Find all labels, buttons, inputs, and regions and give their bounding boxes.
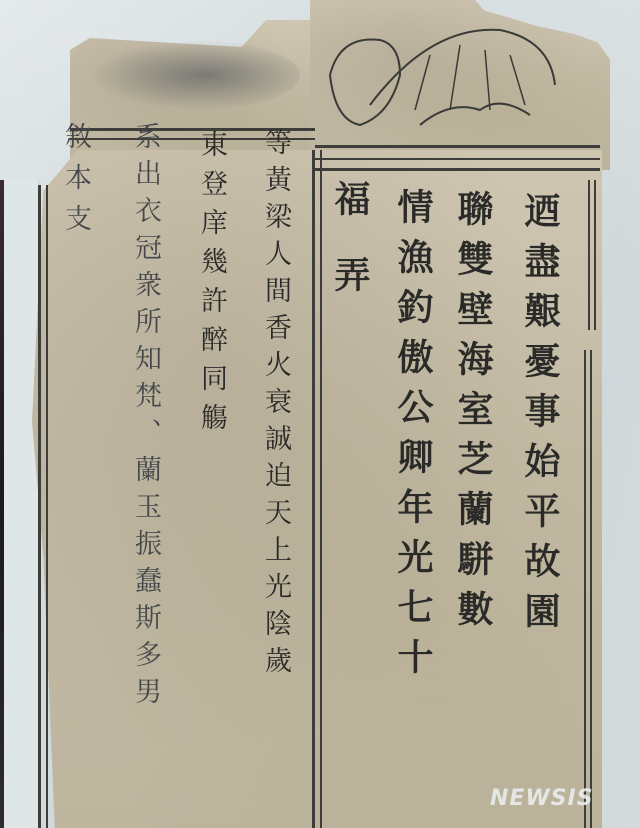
newsis-watermark: NEWSIS (490, 786, 594, 811)
text-column-2: 聯雙壁海室芝蘭駢數 (455, 190, 491, 640)
sketched-tree-and-hill-icon (320, 15, 560, 135)
text-column-7: 系出衣冠衆所知梵、蘭玉振蠢斯多男 (132, 122, 159, 714)
border-rule-right-top-2 (594, 180, 596, 330)
divider-rule-center-1 (312, 150, 315, 828)
border-rule-left-1 (38, 185, 41, 828)
text-column-5: 等黃梁人間香火衰誠迫天上光陰歲 (262, 128, 289, 683)
border-rule-right-top-1 (588, 180, 590, 330)
header-rule-right-2 (315, 158, 600, 160)
text-column-3: 情漁釣傲公卿年光七十 (395, 188, 431, 688)
divider-rule-center-2 (320, 150, 322, 828)
text-column-4: 福弄 (332, 180, 368, 332)
border-rule-left-2 (46, 185, 48, 828)
text-column-1: 迺盡艱憂事始平故園 (522, 192, 558, 642)
header-rule-right-3 (315, 168, 600, 171)
border-rule-right-1 (584, 350, 586, 828)
header-rule-right-1 (315, 145, 600, 148)
tissue-strip (4, 180, 39, 828)
text-column-8: 敘本支 (62, 122, 89, 245)
ink-wash-mountain-icon (90, 40, 300, 110)
manuscript-paper (32, 150, 602, 828)
border-rule-right-2 (590, 350, 592, 828)
text-column-6: 東登庠幾許醉同觴 (198, 130, 225, 442)
